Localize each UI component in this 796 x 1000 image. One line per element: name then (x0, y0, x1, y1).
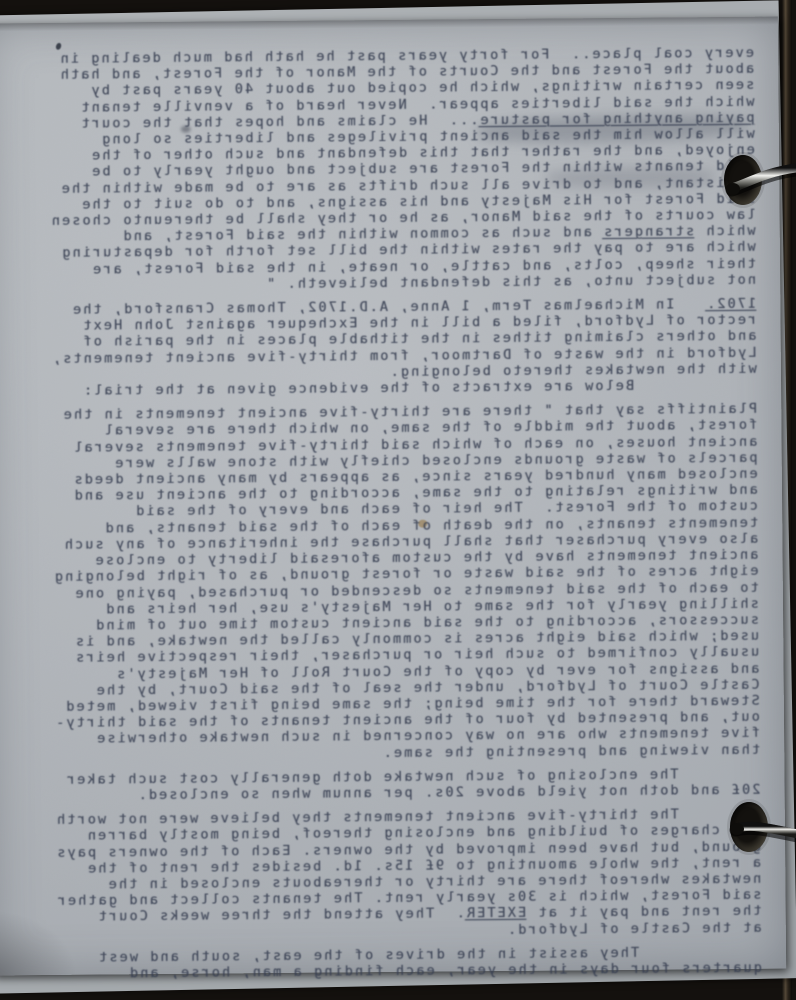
paragraph: The enclosing of such newtake doth gener… (32, 765, 760, 804)
paragraph: Plaintiffs say that " there are thirty-f… (29, 401, 760, 764)
ink-dot-stain (55, 42, 62, 50)
paragraph: The thirty-five ancient tenements they b… (33, 806, 762, 942)
paragraph: every coal place.. For forty years past … (26, 45, 756, 294)
binder-photo-scene: every coal place.. For forty years past … (0, 0, 796, 1000)
typewritten-text: every coal place.. For forty years past … (26, 45, 762, 990)
document-page: every coal place.. For forty years past … (0, 17, 786, 976)
punch-hole-top (724, 155, 762, 205)
punch-hole-bottom (730, 802, 768, 852)
paragraph: 1702. In Michaelmas Term, 1 Anne, A.D.17… (28, 296, 757, 400)
paragraph: They assist in the drives of the east, s… (34, 943, 762, 982)
